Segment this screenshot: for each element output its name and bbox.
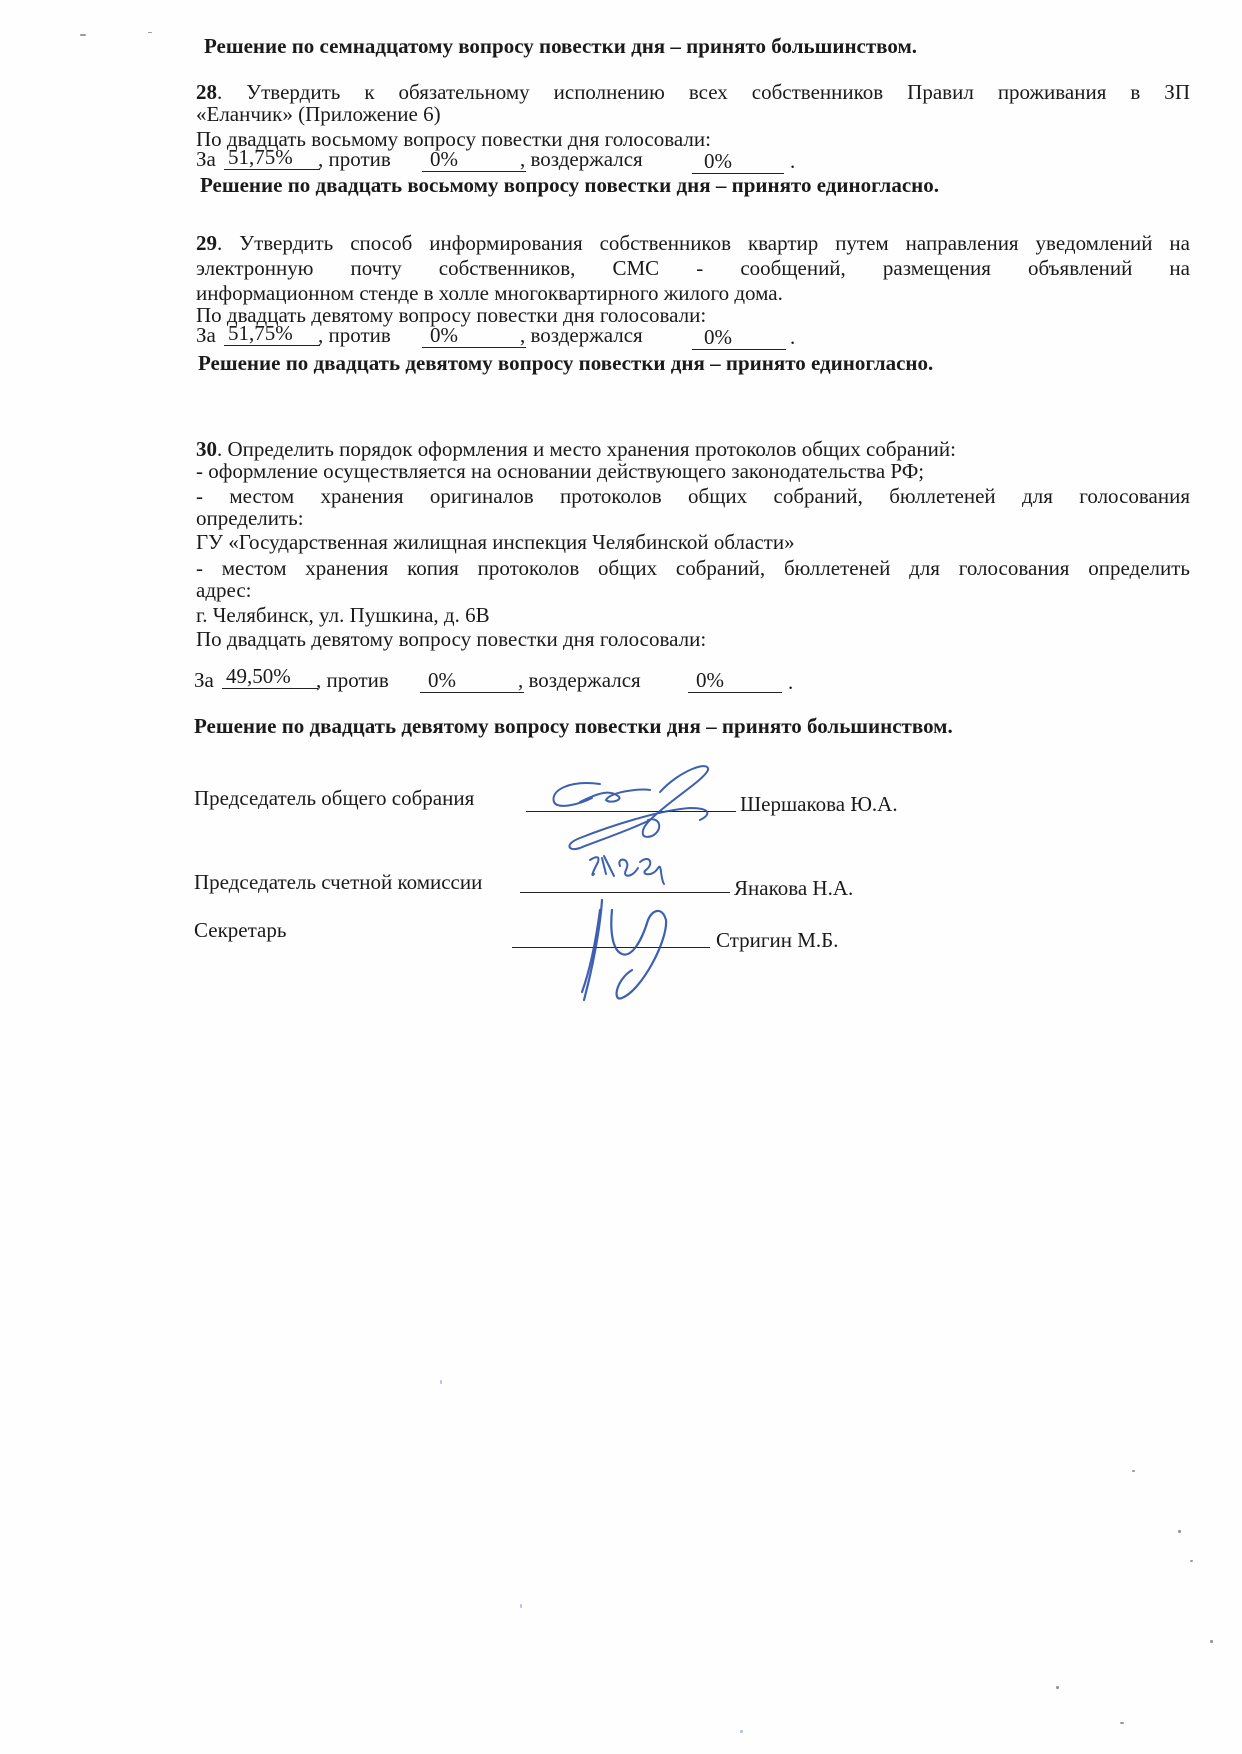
scan-speck [520,1604,522,1608]
item-30-line-8: г. Челябинск, ул. Пушкина, д. 6В [196,603,490,627]
vote-for-value: 51,75% [224,145,320,170]
item-30-line-1: 30. Определить порядок оформления и мест… [196,437,956,461]
vote-abstain-value: 0% [692,149,784,174]
item-29-line-2: электронную почту собственников, СМС - с… [196,256,1190,280]
document-page: Решение по семнадцатому вопросу повестки… [0,0,1242,1754]
scan-speck [1120,1722,1124,1724]
signature-name: Шершакова Ю.А. [740,792,898,816]
vote-for-value: 49,50% [222,664,318,689]
item-30-line-7: адрес: [196,578,252,602]
item-30-line-2: - оформление осуществляется на основании… [196,459,924,483]
item-28-decision: Решение по двадцать восьмому вопросу пов… [200,173,939,197]
item-30-line-3: - местом хранения оригиналов протоколов … [196,484,1190,508]
item-30-vote-intro: По двадцать девятому вопросу повестки дн… [196,627,706,651]
item-28-line-2: «Еланчик» (Приложение 6) [196,102,441,126]
item-30-decision: Решение по двадцать девятому вопросу пов… [194,714,953,738]
scan-speck [1210,1640,1213,1643]
scan-speck [1056,1686,1059,1689]
item-28-line-1: 28. Утвердить к обязательному исполнению… [196,80,1190,104]
signature-role: Секретарь [194,918,286,942]
vote-abstain-value: 0% [688,668,782,693]
signature-name: Янакова Н.А. [734,876,853,900]
scan-speck [440,1380,442,1384]
item-number: 30 [196,437,217,461]
item-number: 29 [196,231,217,255]
item-number: 28 [196,80,217,104]
signature-role: Председатель общего собрания [194,786,474,810]
item-30-line-5: ГУ «Государственная жилищная инспекция Ч… [196,530,795,554]
scan-speck [1132,1470,1135,1472]
signature-role: Председатель счетной комиссии [194,870,482,894]
signature-chairman-icon [540,760,740,860]
vote-against-value: 0% [422,323,526,348]
scan-speck [80,34,86,36]
decision-item-17: Решение по семнадцатому вопросу повестки… [204,34,917,58]
item-30-line-4: определить: [196,506,304,530]
scan-speck [740,1730,743,1733]
item-29-line-1: 29. Утвердить способ информирования собс… [196,231,1190,255]
vote-against-value: 0% [420,668,524,693]
scan-speck [148,32,152,33]
signature-name: Стригин М.Б. [716,928,838,952]
scan-speck [1190,1560,1193,1562]
signature-secretary-icon [572,880,682,1010]
vote-for-value: 51,75% [224,321,320,346]
item-30-line-6: - местом хранения копия протоколов общих… [196,556,1190,580]
scan-speck [1178,1530,1181,1533]
vote-against-value: 0% [422,147,526,172]
item-29-line-3: информационном стенде в холле многокварт… [196,281,783,305]
vote-abstain-value: 0% [692,325,786,350]
item-29-decision: Решение по двадцать девятому вопросу пов… [198,351,933,375]
